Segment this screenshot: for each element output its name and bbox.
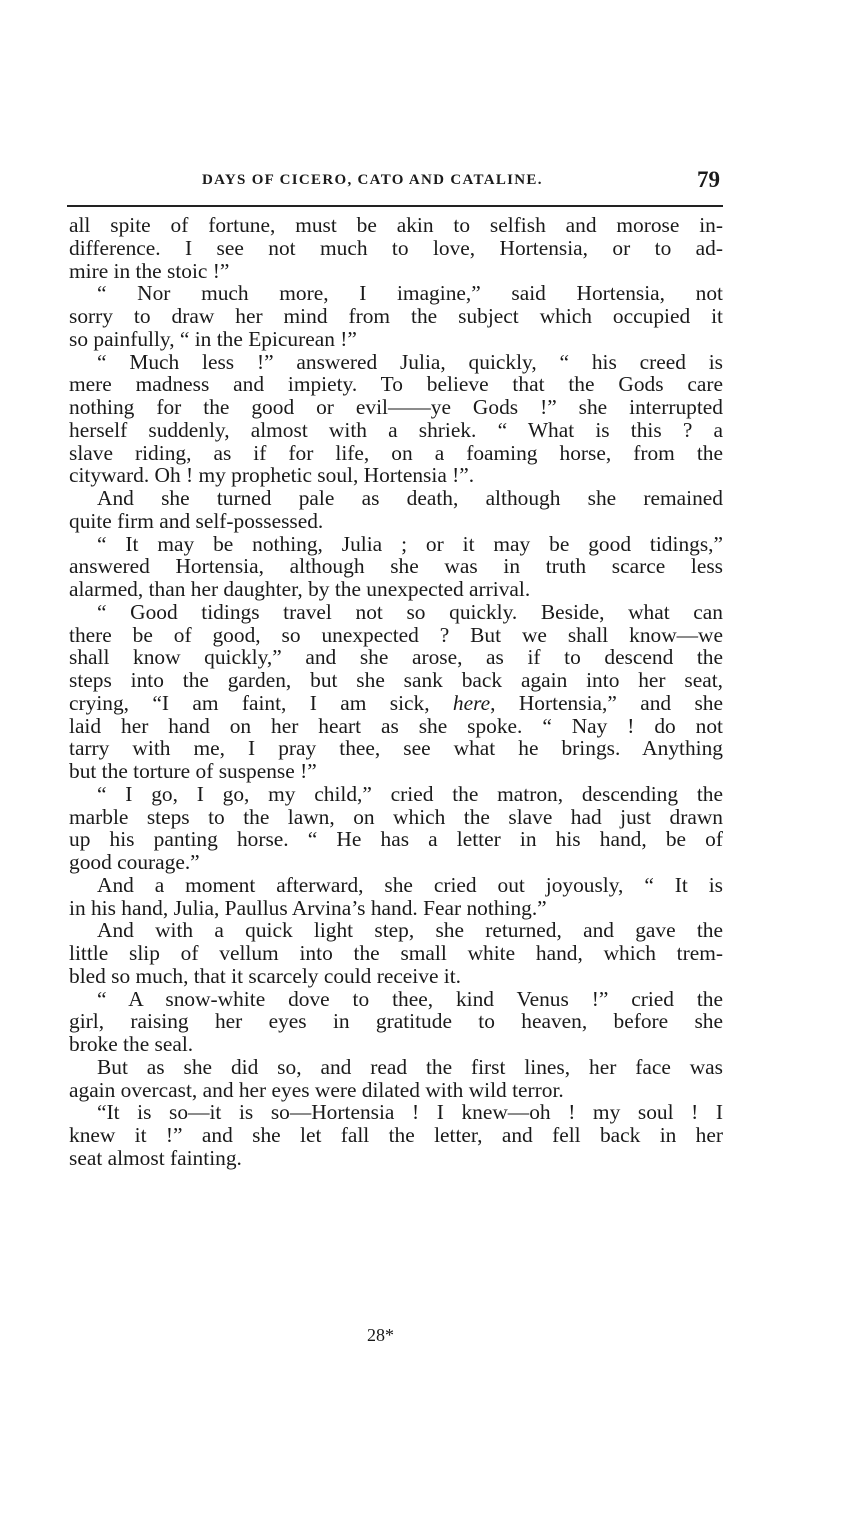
- text-line: “It is so—it is so—Hortensia ! I knew—oh…: [69, 1101, 723, 1124]
- text-line: in his hand, Julia, Paullus Arvina’s han…: [69, 897, 723, 920]
- text-line: there be of good, so unexpected ? But we…: [69, 624, 723, 647]
- text-line: good courage.”: [69, 851, 723, 874]
- text-line: difference. I see not much to love, Hort…: [69, 237, 723, 260]
- text-line: “ Nor much more, I imagine,” said Horten…: [69, 282, 723, 305]
- text-line: nothing for the good or evil——ye Gods !”…: [69, 396, 723, 419]
- text-line: shall know quickly,” and she arose, as i…: [69, 646, 723, 669]
- text-line: seat almost fainting.: [69, 1147, 723, 1170]
- text-line: “ Much less !” answered Julia, quickly, …: [69, 351, 723, 374]
- book-page: DAYS OF CICERO, CATO AND CATALINE. 79 al…: [0, 0, 848, 1525]
- signature-mark: 28*: [367, 1325, 394, 1346]
- text-line: mere madness and impiety. To believe tha…: [69, 373, 723, 396]
- text-line: slave riding, as if for life, on a foami…: [69, 442, 723, 465]
- text-line: alarmed, than her daughter, by the unexp…: [69, 578, 723, 601]
- text-line: broke the seal.: [69, 1033, 723, 1056]
- body-text: all spite of fortune, must be akin to se…: [69, 214, 723, 1170]
- text-line: And with a quick light step, she returne…: [69, 919, 723, 942]
- text-line: mire in the stoic !”: [69, 260, 723, 283]
- text-line: but the torture of suspense !”: [69, 760, 723, 783]
- text-line: so painfully, “ in the Epicurean !”: [69, 328, 723, 351]
- text-line: girl, raising her eyes in gratitude to h…: [69, 1010, 723, 1033]
- text-line: steps into the garden, but she sank back…: [69, 669, 723, 692]
- text-line: And she turned pale as death, although s…: [69, 487, 723, 510]
- text-line: “ I go, I go, my child,” cried the matro…: [69, 783, 723, 806]
- page-number: 79: [697, 167, 720, 193]
- text-line: crying, “I am faint, I am sick, here, Ho…: [69, 692, 723, 715]
- header-rule: [67, 205, 723, 207]
- text-line: answered Hortensia, although she was in …: [69, 555, 723, 578]
- text-line: laid her hand on her heart as she spoke.…: [69, 715, 723, 738]
- text-line: sorry to draw her mind from the subject …: [69, 305, 723, 328]
- text-line: “ It may be nothing, Julia ; or it may b…: [69, 533, 723, 556]
- text-line: marble steps to the lawn, on which the s…: [69, 806, 723, 829]
- text-line: herself suddenly, almost with a shriek. …: [69, 419, 723, 442]
- text-line: knew it !” and she let fall the letter, …: [69, 1124, 723, 1147]
- text-line: tarry with me, I pray thee, see what he …: [69, 737, 723, 760]
- text-line: all spite of fortune, must be akin to se…: [69, 214, 723, 237]
- running-head: DAYS OF CICERO, CATO AND CATALINE. 79: [202, 170, 722, 196]
- text-line: cityward. Oh ! my prophetic soul, Horten…: [69, 464, 723, 487]
- text-line: again overcast, and her eyes were dilate…: [69, 1079, 723, 1102]
- text-line: “ Good tidings travel not so quickly. Be…: [69, 601, 723, 624]
- text-line: But as she did so, and read the first li…: [69, 1056, 723, 1079]
- running-title: DAYS OF CICERO, CATO AND CATALINE.: [202, 172, 543, 189]
- text-line: “ A snow-white dove to thee, kind Venus …: [69, 988, 723, 1011]
- text-line: quite firm and self-possessed.: [69, 510, 723, 533]
- text-line: And a moment afterward, she cried out jo…: [69, 874, 723, 897]
- text-line: up his panting horse. “ He has a letter …: [69, 828, 723, 851]
- text-line: bled so much, that it scarcely could rec…: [69, 965, 723, 988]
- text-line: little slip of vellum into the small whi…: [69, 942, 723, 965]
